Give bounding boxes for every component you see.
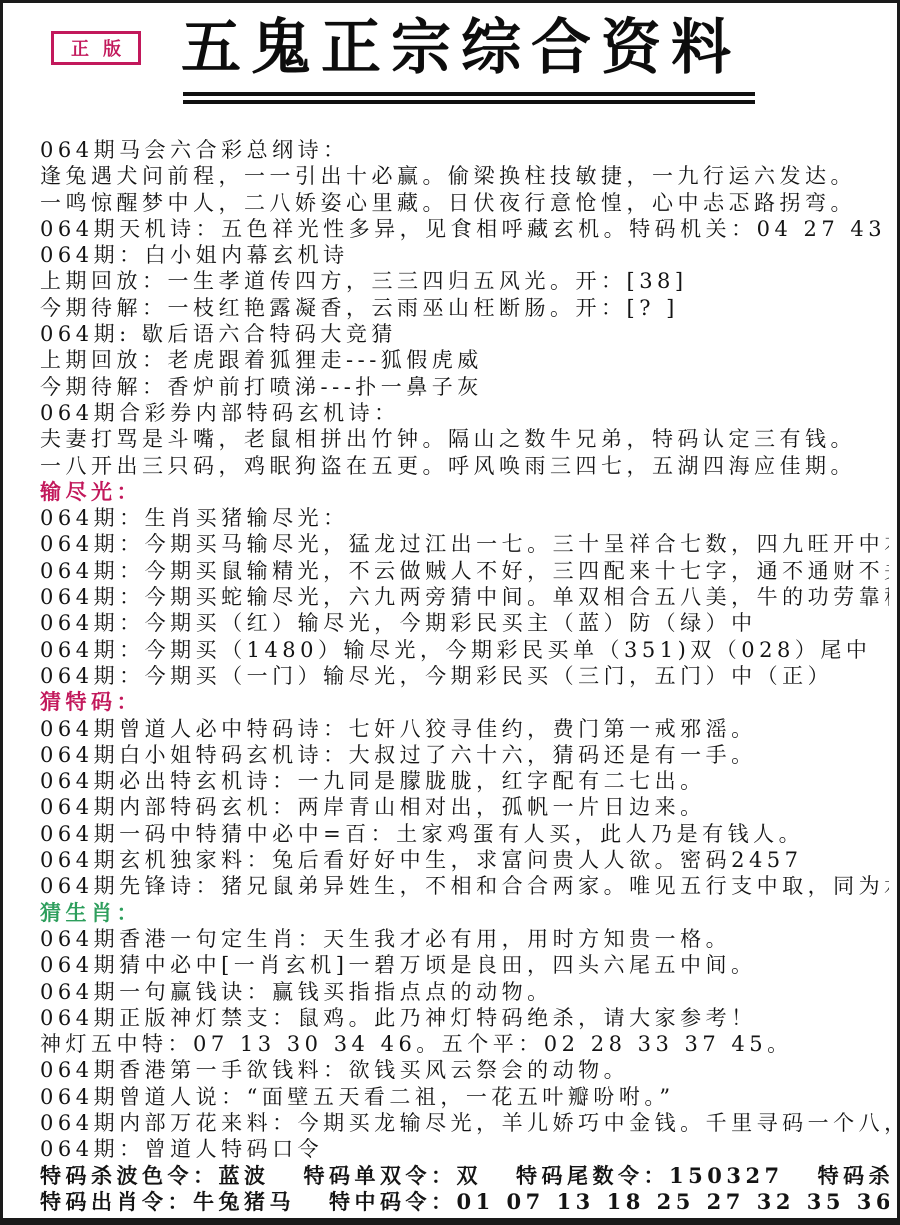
text-line: 064期先锋诗：猪兄鼠弟异姓生，不相和合合两家。唯见五行支中取，同为水性性相邻。 [40,873,889,899]
text-line: 064期香港一句定生肖：天生我才必有用，用时方知贵一格。 [40,926,889,952]
text-line: 064期马会六合彩总纲诗： [40,137,889,163]
text-line: 064期正版神灯禁支：鼠鸡。此乃神灯特码绝杀，请大家参考！ [40,1005,889,1031]
text-line: 猜特码： [40,689,889,715]
footer-segment: 特码出肖令：牛兔猪马 [40,1189,295,1215]
text-line: 064期：今期买（1480）输尽光，今期彩民买单（351)双（028）尾中 [40,637,889,663]
text-line: 064期内部万花来料：今期买龙输尽光，羊儿娇巧中金钱。千里寻码一个八，隐隐约约有… [40,1110,889,1136]
text-line: 夫妻打骂是斗嘴，老鼠相拼出竹钟。隔山之数牛兄弟，特码认定三有钱。 [40,426,889,452]
text-line: 猜生肖： [40,900,889,926]
text-line: 输尽光： [40,479,889,505]
authentic-badge: 正版 [51,31,141,65]
text-line: 逢兔遇犬问前程，一一引出十必赢。偷梁换柱技敏捷，一九行运六发达。 [40,163,889,189]
page-title: 五鬼正宗综合资料 [181,15,741,81]
footer-segment: 特码杀肖令：狗 [818,1163,889,1189]
text-line: 特码杀波色令：蓝波特码单双令：双特码尾数令：150327特码杀肖令：狗 [40,1163,889,1189]
text-line: 神灯五中特：07 13 30 34 46。五个平：02 28 33 37 45。 [40,1031,889,1057]
text-line: 064期：生肖买猪输尽光： [40,505,889,531]
footer-segment: 特码杀波色令：蓝波 [40,1163,270,1189]
text-line: 064期：曾道人特码口令 [40,1136,889,1162]
text-line: 064期必出特玄机诗：一九同是朦胧胧，红字配有二七出。 [40,768,889,794]
text-line: 064期一句赢钱诀：赢钱买指指点点的动物。 [40,979,889,1005]
text-line: 064期天机诗：五色祥光性多异，见食相呼藏玄机。特码机关：04 27 43 [40,216,889,242]
footer-segment: 特中码令：01 07 13 18 25 27 32 35 36 39 42 46 [329,1189,889,1215]
text-line: 064期：今期买马输尽光，猛龙过江出一七。三十呈祥合七数，四九旺开中本期。 [40,531,889,557]
text-line: 064期白小姐特码玄机诗：大叔过了六十六，猜码还是有一手。 [40,742,889,768]
text-line: 064期猜中必中[一肖玄机]一碧万顷是良田，四头六尾五中间。 [40,952,889,978]
text-line: 064期曾道人必中特码诗：七奸八狡寻佳约，费门第一戒邪滛。 [40,716,889,742]
text-line: 064期：今期买鼠输精光，不云做贼人不好，三四配来十七字，通不通财不关事。 [40,558,889,584]
text-line: 一鸣惊醒梦中人，二八娇姿心里藏。日伏夜行意怆惶，心中忐忑路拐弯。 [40,190,889,216]
text-line: 064期一码中特猜中必中=百：土家鸡蛋有人买，此人乃是有钱人。 [40,821,889,847]
text-line: 064期：白小姐内幕玄机诗 [40,242,889,268]
text-line: 064期玄机独家料：兔后看好好中生，求富问贵人人欲。密码2457 [40,847,889,873]
text-line: 064期: 歇后语六合特码大竞猜 [40,321,889,347]
footer-segment: 特码单双令：双 [304,1163,483,1189]
text-line: 064期：今期买蛇输尽光，六九两旁猜中间。单双相合五八美，牛的功劳靠积累。 [40,584,889,610]
text-line: 一八开出三只码，鸡眠狗盗在五更。呼风唤雨三四七，五湖四海应佳期。 [40,453,889,479]
footer-segment: 特码尾数令：150327 [516,1163,784,1189]
title-double-underline [183,92,755,104]
content-lines: 064期马会六合彩总纲诗：逢兔遇犬问前程，一一引出十必赢。偷梁换柱技敏捷，一九行… [40,137,889,1215]
text-line: 上期回放：老虎跟着狐狸走---狐假虎威 [40,347,889,373]
text-line: 064期内部特码玄机：两岸青山相对出，孤帆一片日边来。 [40,794,889,820]
text-line: 今期待解：一枝红艳露凝香，云雨巫山枉断肠。开：[? ] [40,295,889,321]
text-line: 064期：今期买（一门）输尽光，今期彩民买（三门，五门）中（正） [40,663,889,689]
text-line: 064期香港第一手欲钱料：欲钱买风云祭会的动物。 [40,1057,889,1083]
page: 正版 五鬼正宗综合资料 064期马会六合彩总纲诗：逢兔遇犬问前程，一一引出十必赢… [0,0,900,1225]
text-line: 今期待解：香炉前打喷涕---扑一鼻子灰 [40,374,889,400]
text-line: 064期曾道人说：“面壁五天看二祖，一花五叶瓣吩咐。” [40,1084,889,1110]
text-line: 064期合彩券内部特码玄机诗： [40,400,889,426]
text-line: 特码出肖令：牛兔猪马特中码令：01 07 13 18 25 27 32 35 3… [40,1189,889,1215]
text-line: 064期：今期买（红）输尽光，今期彩民买主（蓝）防（绿）中 [40,610,889,636]
text-line: 上期回放：一生孝道传四方，三三四归五风光。开：[38] [40,268,889,294]
